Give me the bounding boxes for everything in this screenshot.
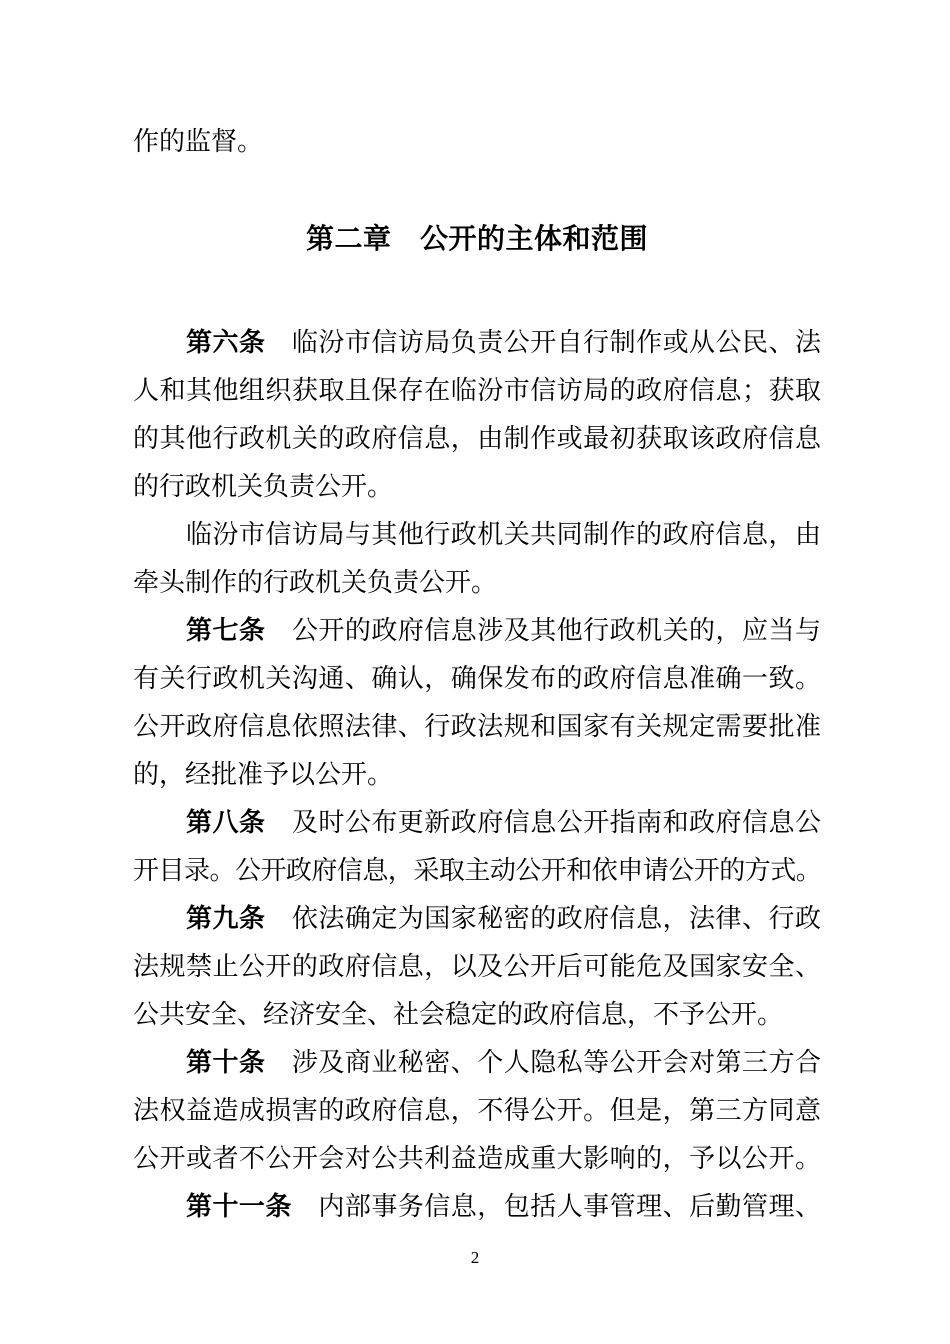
text-segment: 及时公布更新政府信息公开指南和政府信息公 [265,808,821,837]
text-line: 公开或者不公开会对公共利益造成重大影响的，予以公开。 [133,1135,821,1183]
text-segment: 的其他行政机关的政府信息，由制作或最初获取该政府信息 [133,424,821,453]
text-segment: 法权益造成损害的政府信息，不得公开。但是，第三方同意 [133,1096,821,1125]
article-number: 第八条 [186,808,265,837]
document-body: 第六条 临汾市信访局负责公开自行制作或从公民、法人和其他组织获取且保存在临汾市信… [133,319,821,1231]
text-segment [133,328,186,357]
text-line: 公开政府信息依照法律、行政法规和国家有关规定需要批准 [133,703,821,751]
text-segment: 的，经批准予以公开。 [133,760,393,789]
text-segment: 人和其他组织获取且保存在临汾市信访局的政府信息；获取 [133,376,821,405]
article-number: 第十条 [186,1048,265,1077]
text-segment: 开目录。公开政府信息，采取主动公开和依申请公开的方式。 [133,856,821,885]
text-segment: 法规禁止公开的政府信息，以及公开后可能危及国家安全、 [133,952,821,981]
text-line: 第十条 涉及商业秘密、个人隐私等公开会对第三方合 [133,1039,821,1087]
text-line: 人和其他组织获取且保存在临汾市信访局的政府信息；获取 [133,367,821,415]
article-number: 第六条 [186,328,265,357]
article-number: 第十一条 [186,1192,292,1221]
text-segment: 临汾市信访局与其他行政机关共同制作的政府信息，由 [133,520,821,549]
text-segment: 依法确定为国家秘密的政府信息，法律、行政 [265,904,821,933]
page-number: 2 [0,1243,950,1273]
text-segment: 公开或者不公开会对公共利益造成重大影响的，予以公开。 [133,1144,821,1173]
text-line: 第六条 临汾市信访局负责公开自行制作或从公民、法 [133,319,821,367]
text-segment: 的行政机关负责公开。 [133,472,393,501]
text-segment [133,808,186,837]
text-line: 第八条 及时公布更新政府信息公开指南和政府信息公 [133,799,821,847]
text-line: 第七条 公开的政府信息涉及其他行政机关的，应当与 [133,607,821,655]
text-segment: 公开的政府信息涉及其他行政机关的，应当与 [265,616,821,645]
text-line: 的行政机关负责公开。 [133,463,821,511]
text-line: 有关行政机关沟通、确认，确保发布的政府信息准确一致。 [133,655,821,703]
chapter-heading: 第二章 公开的主体和范围 [133,215,821,263]
text-segment: 涉及商业秘密、个人隐私等公开会对第三方合 [265,1048,821,1077]
paragraph-continuation: 作的监督。 [133,118,821,166]
text-line: 的其他行政机关的政府信息，由制作或最初获取该政府信息 [133,415,821,463]
text-segment [133,1048,186,1077]
text-segment [133,1192,186,1221]
text-segment: 公开政府信息依照法律、行政法规和国家有关规定需要批准 [133,712,821,741]
text-segment: 有关行政机关沟通、确认，确保发布的政府信息准确一致。 [133,664,821,693]
text-segment [133,616,186,645]
text-segment: 公共安全、经济安全、社会稳定的政府信息，不予公开。 [133,1000,783,1029]
text-line: 第九条 依法确定为国家秘密的政府信息，法律、行政 [133,895,821,943]
text-segment: 临汾市信访局负责公开自行制作或从公民、法 [265,328,821,357]
text-line: 临汾市信访局与其他行政机关共同制作的政府信息，由 [133,511,821,559]
article-number: 第七条 [186,616,265,645]
text-segment: 牵头制作的行政机关负责公开。 [133,568,497,597]
text-line: 的，经批准予以公开。 [133,751,821,799]
text-line: 第十一条 内部事务信息，包括人事管理、后勤管理、 [133,1183,821,1231]
article-number: 第九条 [186,904,265,933]
text-line: 牵头制作的行政机关负责公开。 [133,559,821,607]
text-line: 法权益造成损害的政府信息，不得公开。但是，第三方同意 [133,1087,821,1135]
text-segment: 内部事务信息，包括人事管理、后勤管理、 [292,1192,821,1221]
text-line: 开目录。公开政府信息，采取主动公开和依申请公开的方式。 [133,847,821,895]
document-page: 作的监督。 第二章 公开的主体和范围 第六条 临汾市信访局负责公开自行制作或从公… [0,0,950,1344]
text-line: 法规禁止公开的政府信息，以及公开后可能危及国家安全、 [133,943,821,991]
text-segment [133,904,186,933]
text-line: 公共安全、经济安全、社会稳定的政府信息，不予公开。 [133,991,821,1039]
